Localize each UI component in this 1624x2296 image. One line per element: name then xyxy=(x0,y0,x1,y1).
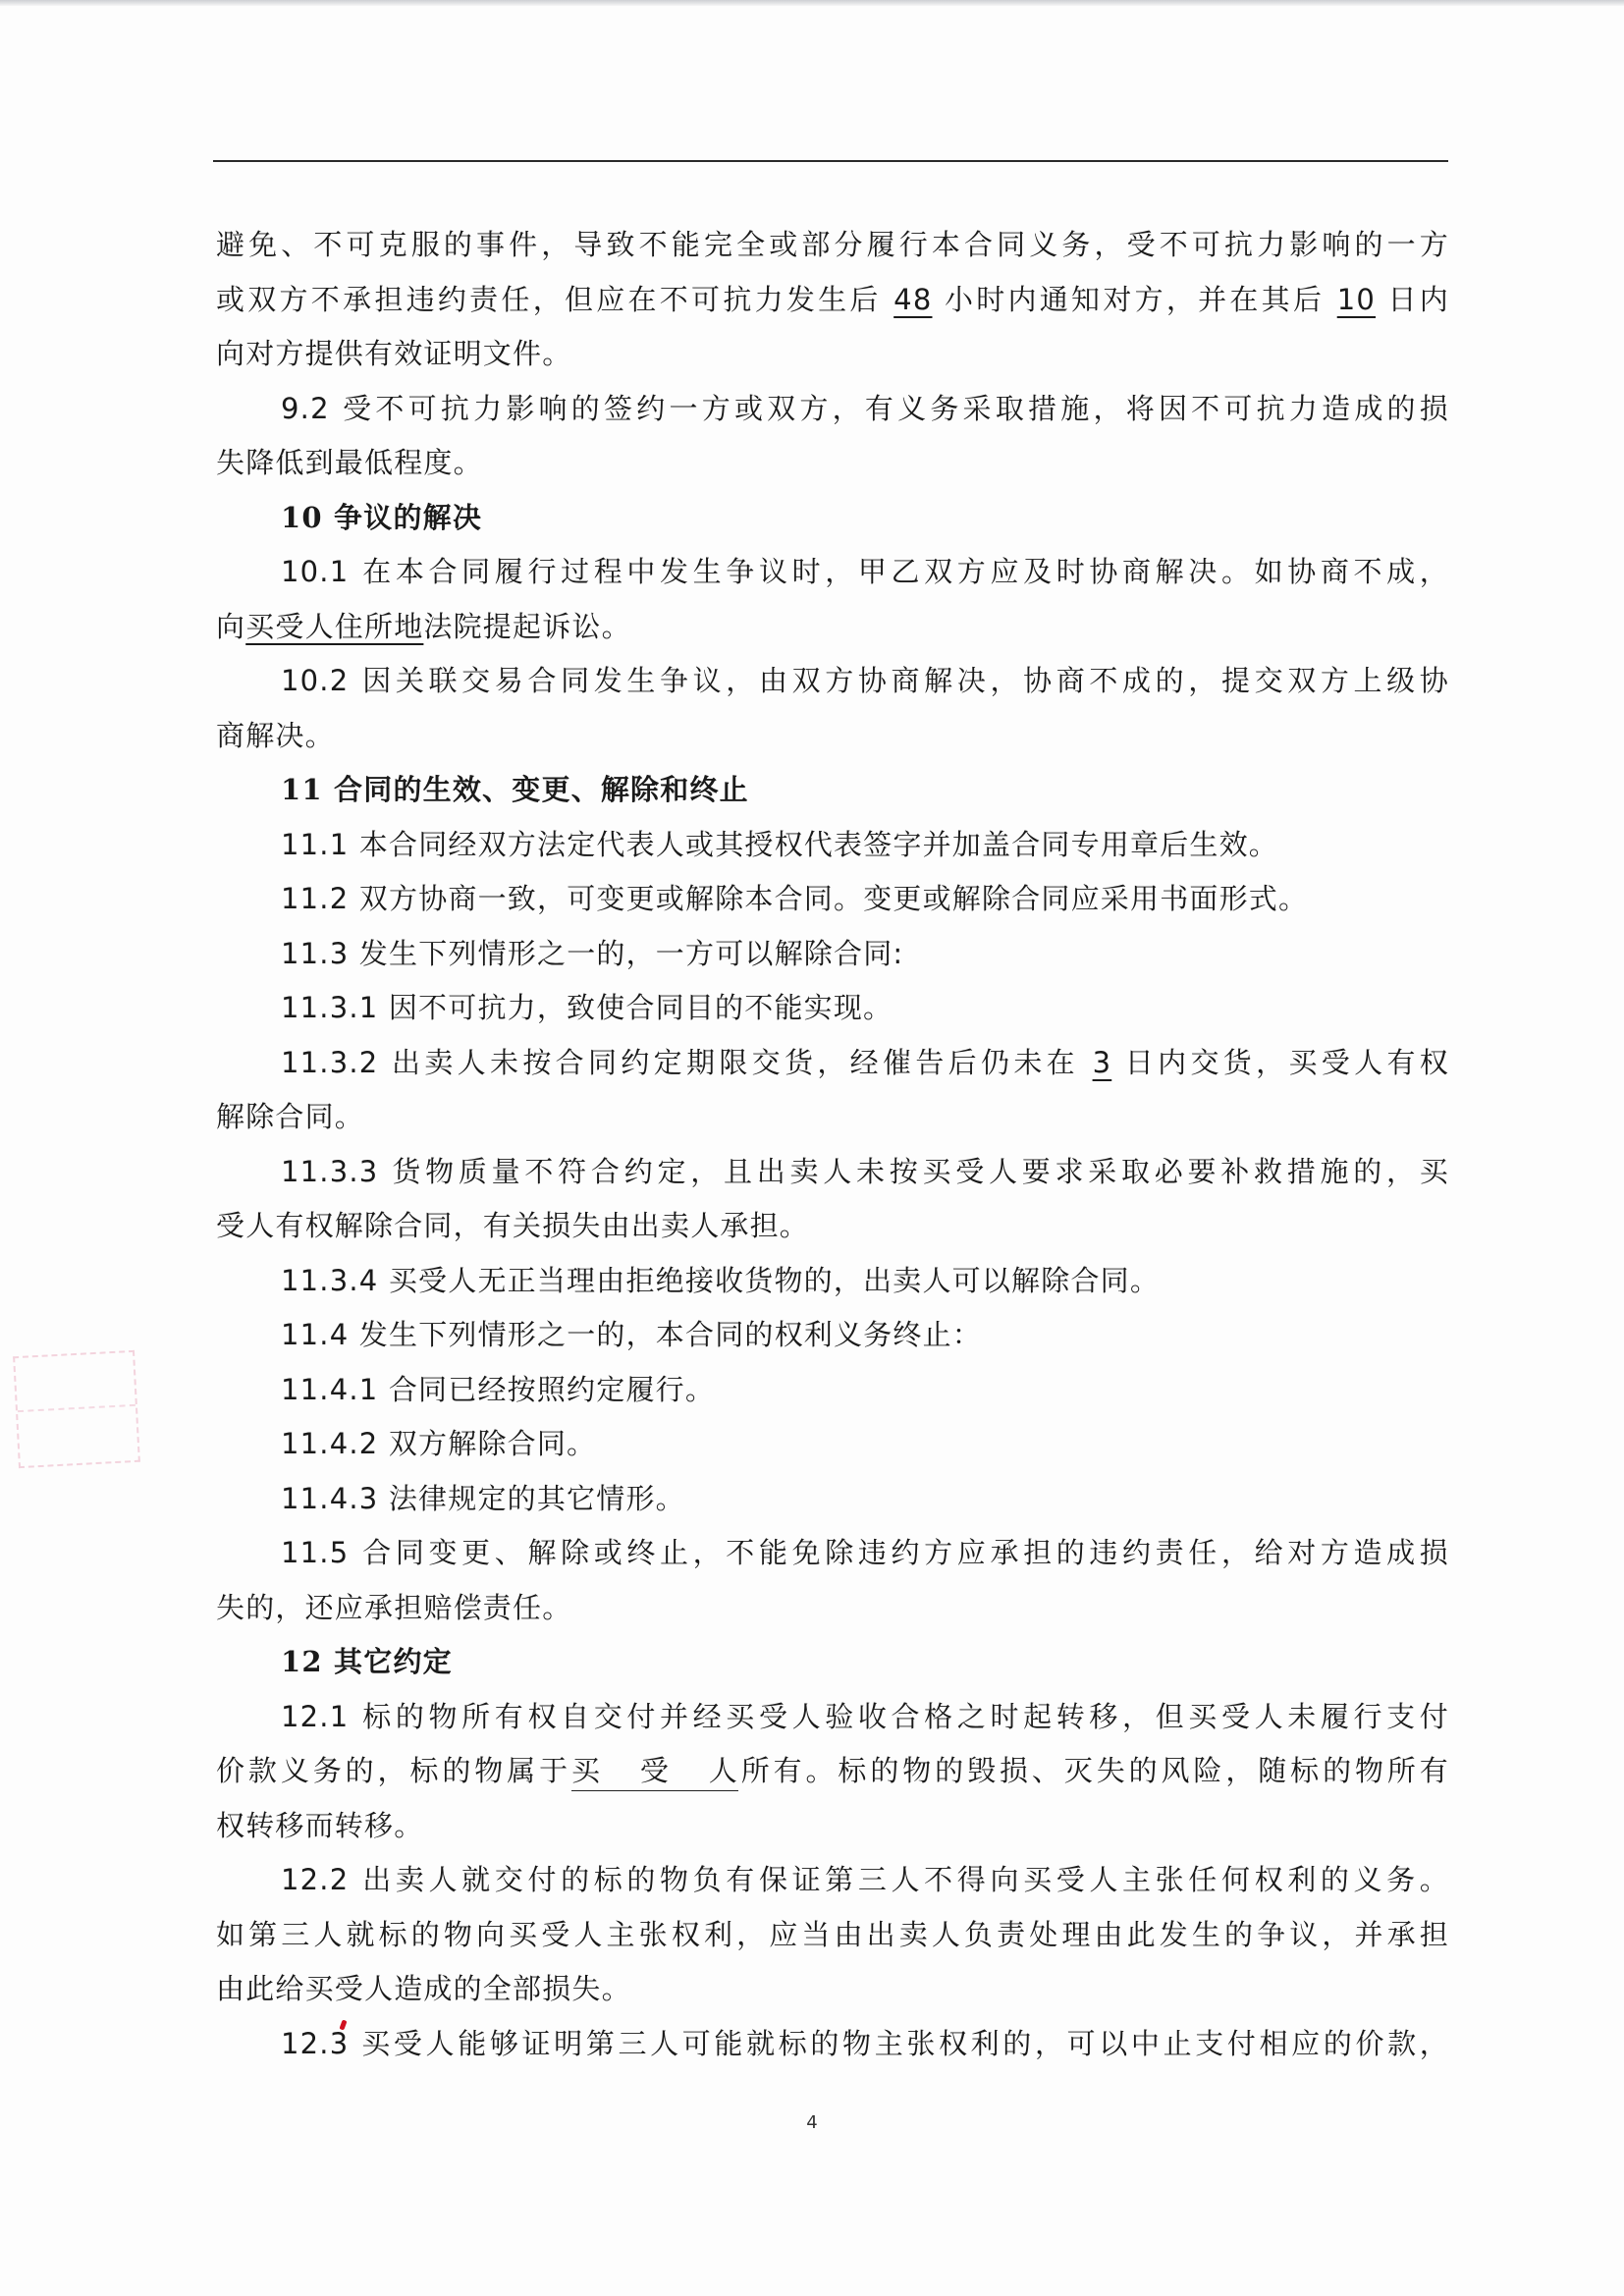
text-line: 权转移而转移。 xyxy=(216,1799,1449,1854)
text-segment: 11.1 本合同经双方法定代表人或其授权代表签字并加盖合同专用章后生效。 xyxy=(281,828,1278,861)
text-line: 10.1 在本合同履行过程中发生争议时，甲乙双方应及时协商解决。如协商不成， xyxy=(216,545,1449,600)
text-segment: 11.2 双方协商一致，可变更或解除本合同。变更或解除合同应采用书面形式。 xyxy=(281,882,1308,915)
contract-body: 避免、不可克服的事件，导致不能完全或部分履行本合同义务，受不可抗力影响的一方或双… xyxy=(216,218,1449,2071)
text-segment: 12 其它约定 xyxy=(281,1645,453,1678)
text-segment: 12.3 买受人能够证明第三人可能就标的物主张权利的，可以中止支付相应的价款， xyxy=(281,2027,1449,2060)
text-line: 11.3 发生下列情形之一的，一方可以解除合同: xyxy=(216,927,1449,982)
text-line: 11.3.3 货物质量不符合约定，且出卖人未按买受人要求采取必要补救措施的，买 xyxy=(216,1145,1449,1200)
text-line: 或双方不承担违约责任，但应在不可抗力发生后 48 小时内通知对方，并在其后 10… xyxy=(216,273,1449,328)
text-line: 向对方提供有效证明文件。 xyxy=(216,327,1449,382)
scan-edge xyxy=(0,0,1624,6)
text-segment: 11.3 发生下列情形之一的，一方可以解除合同: xyxy=(281,937,903,970)
text-segment: 11.3.1 因不可抗力，致使合同目的不能实现。 xyxy=(281,991,893,1024)
text-line: 失降低到最低程度。 xyxy=(216,436,1449,491)
underlined-value: 3 xyxy=(1093,1046,1112,1079)
text-line: 商解决。 xyxy=(216,709,1449,764)
text-line: 9.2 受不可抗力影响的签约一方或双方，有义务采取措施，将因不可抗力造成的损 xyxy=(216,382,1449,437)
text-segment: 9.2 受不可抗力影响的签约一方或双方，有义务采取措施，将因不可抗力造成的损 xyxy=(281,392,1449,425)
text-segment: 11 合同的生效、变更、解除和终止 xyxy=(281,773,749,806)
text-line: 11.4.3 法律规定的其它情形。 xyxy=(216,1472,1449,1527)
section-heading: 12 其它约定 xyxy=(216,1635,1449,1690)
text-segment: 11.4 发生下列情形之一的，本合同的权利义务终止： xyxy=(281,1318,982,1351)
text-segment: 由此给买受人造成的全部损失。 xyxy=(216,1972,631,2005)
section-heading: 11 合同的生效、变更、解除和终止 xyxy=(216,763,1449,818)
text-segment: 向对方提供有效证明文件。 xyxy=(216,337,571,370)
text-line: 避免、不可克服的事件，导致不能完全或部分履行本合同义务，受不可抗力影响的一方 xyxy=(216,218,1449,273)
text-line: 由此给买受人造成的全部损失。 xyxy=(216,1962,1449,2017)
text-segment: 12.2 出卖人就交付的标的物负有保证第三人不得向买受人主张任何权利的义务。 xyxy=(281,1863,1449,1896)
text-line: 受人有权解除合同，有关损失由出卖人承担。 xyxy=(216,1199,1449,1254)
text-segment: 所有。标的物的毁损、灭失的风险，随标的物所有 xyxy=(738,1754,1449,1787)
text-line: 11.4 发生下列情形之一的，本合同的权利义务终止： xyxy=(216,1308,1449,1363)
underlined-value: 48 xyxy=(893,283,932,316)
text-segment: 10 争议的解决 xyxy=(281,501,482,534)
text-line: 11.5 合同变更、解除或终止，不能免除违约方应承担的违约责任，给对方造成损 xyxy=(216,1526,1449,1581)
faded-seal-stamp xyxy=(13,1350,140,1468)
text-segment: 日内交货，买受人有权 xyxy=(1111,1046,1449,1079)
text-segment: 11.4.3 法律规定的其它情形。 xyxy=(281,1482,685,1515)
text-segment: 失降低到最低程度。 xyxy=(216,446,483,479)
text-segment: 向 xyxy=(216,610,245,643)
text-line: 12.3 买受人能够证明第三人可能就标的物主张权利的，可以中止支付相应的价款， xyxy=(216,2017,1449,2072)
text-line: 解除合同。 xyxy=(216,1090,1449,1145)
text-segment: 法院提起诉讼。 xyxy=(423,610,630,643)
text-segment: 商解决。 xyxy=(216,719,335,752)
text-line: 11.2 双方协商一致，可变更或解除本合同。变更或解除合同应采用书面形式。 xyxy=(216,872,1449,927)
text-line: 价款义务的，标的物属于买受人所有。标的物的毁损、灭失的风险，随标的物所有 xyxy=(216,1744,1449,1799)
text-segment: 受人有权解除合同，有关损失由出卖人承担。 xyxy=(216,1209,809,1242)
text-segment: 日内 xyxy=(1376,283,1449,316)
text-line: 12.1 标的物所有权自交付并经买受人验收合格之时起转移，但买受人未履行支付 xyxy=(216,1690,1449,1745)
text-segment: 或双方不承担违约责任，但应在不可抗力发生后 xyxy=(216,283,893,316)
text-line: 12.2 出卖人就交付的标的物负有保证第三人不得向买受人主张任何权利的义务。 xyxy=(216,1853,1449,1908)
text-segment: 如第三人就标的物向买受人主张权利，应当由出卖人负责处理由此发生的争议，并承担 xyxy=(216,1918,1449,1951)
text-segment: 11.3.3 货物质量不符合约定，且出卖人未按买受人要求采取必要补救措施的，买 xyxy=(281,1155,1449,1188)
text-line: 11.1 本合同经双方法定代表人或其授权代表签字并加盖合同专用章后生效。 xyxy=(216,818,1449,873)
text-segment: 10.2 因关联交易合同发生争议，由双方协商解决，协商不成的，提交双方上级协 xyxy=(281,664,1449,697)
underlined-value: 买受人住所地 xyxy=(245,610,423,643)
text-line: 11.4.2 双方解除合同。 xyxy=(216,1417,1449,1472)
text-segment: 11.4.2 双方解除合同。 xyxy=(281,1427,596,1460)
page-number: 4 xyxy=(0,2112,1624,2133)
text-segment: 权转移而转移。 xyxy=(216,1809,423,1842)
text-segment: 11.4.1 合同已经按照约定履行。 xyxy=(281,1373,715,1406)
text-segment: 解除合同。 xyxy=(216,1100,364,1133)
fill-in-blank: 买受人 xyxy=(571,1751,738,1791)
text-segment: 11.3.2 出卖人未按合同约定期限交货，经催告后仍未在 xyxy=(281,1046,1093,1079)
section-heading: 10 争议的解决 xyxy=(216,491,1449,546)
text-line: 10.2 因关联交易合同发生争议，由双方协商解决，协商不成的，提交双方上级协 xyxy=(216,654,1449,709)
text-line: 11.3.4 买受人无正当理由拒绝接收货物的，出卖人可以解除合同。 xyxy=(216,1254,1449,1309)
text-line: 11.3.2 出卖人未按合同约定期限交货，经催告后仍未在 3 日内交货，买受人有… xyxy=(216,1036,1449,1091)
text-line: 11.3.1 因不可抗力，致使合同目的不能实现。 xyxy=(216,981,1449,1036)
text-line: 11.4.1 合同已经按照约定履行。 xyxy=(216,1363,1449,1418)
header-rule xyxy=(213,160,1448,162)
text-line: 向买受人住所地法院提起诉讼。 xyxy=(216,600,1449,655)
text-segment: 避免、不可克服的事件，导致不能完全或部分履行本合同义务，受不可抗力影响的一方 xyxy=(216,228,1449,261)
text-segment: 10.1 在本合同履行过程中发生争议时，甲乙双方应及时协商解决。如协商不成， xyxy=(281,555,1449,588)
text-segment: 价款义务的，标的物属于 xyxy=(216,1754,571,1787)
text-segment: 11.5 合同变更、解除或终止，不能免除违约方应承担的违约责任，给对方造成损 xyxy=(281,1536,1449,1569)
text-segment: 小时内通知对方，并在其后 xyxy=(932,283,1336,316)
text-segment: 12.1 标的物所有权自交付并经买受人验收合格之时起转移，但买受人未履行支付 xyxy=(281,1700,1449,1733)
text-segment: 11.3.4 买受人无正当理由拒绝接收货物的，出卖人可以解除合同。 xyxy=(281,1264,1160,1297)
underlined-value: 10 xyxy=(1337,283,1376,316)
text-line: 失的，还应承担赔偿责任。 xyxy=(216,1581,1449,1636)
text-line: 如第三人就标的物向买受人主张权利，应当由出卖人负责处理由此发生的争议，并承担 xyxy=(216,1908,1449,1963)
text-segment: 失的，还应承担赔偿责任。 xyxy=(216,1591,571,1624)
